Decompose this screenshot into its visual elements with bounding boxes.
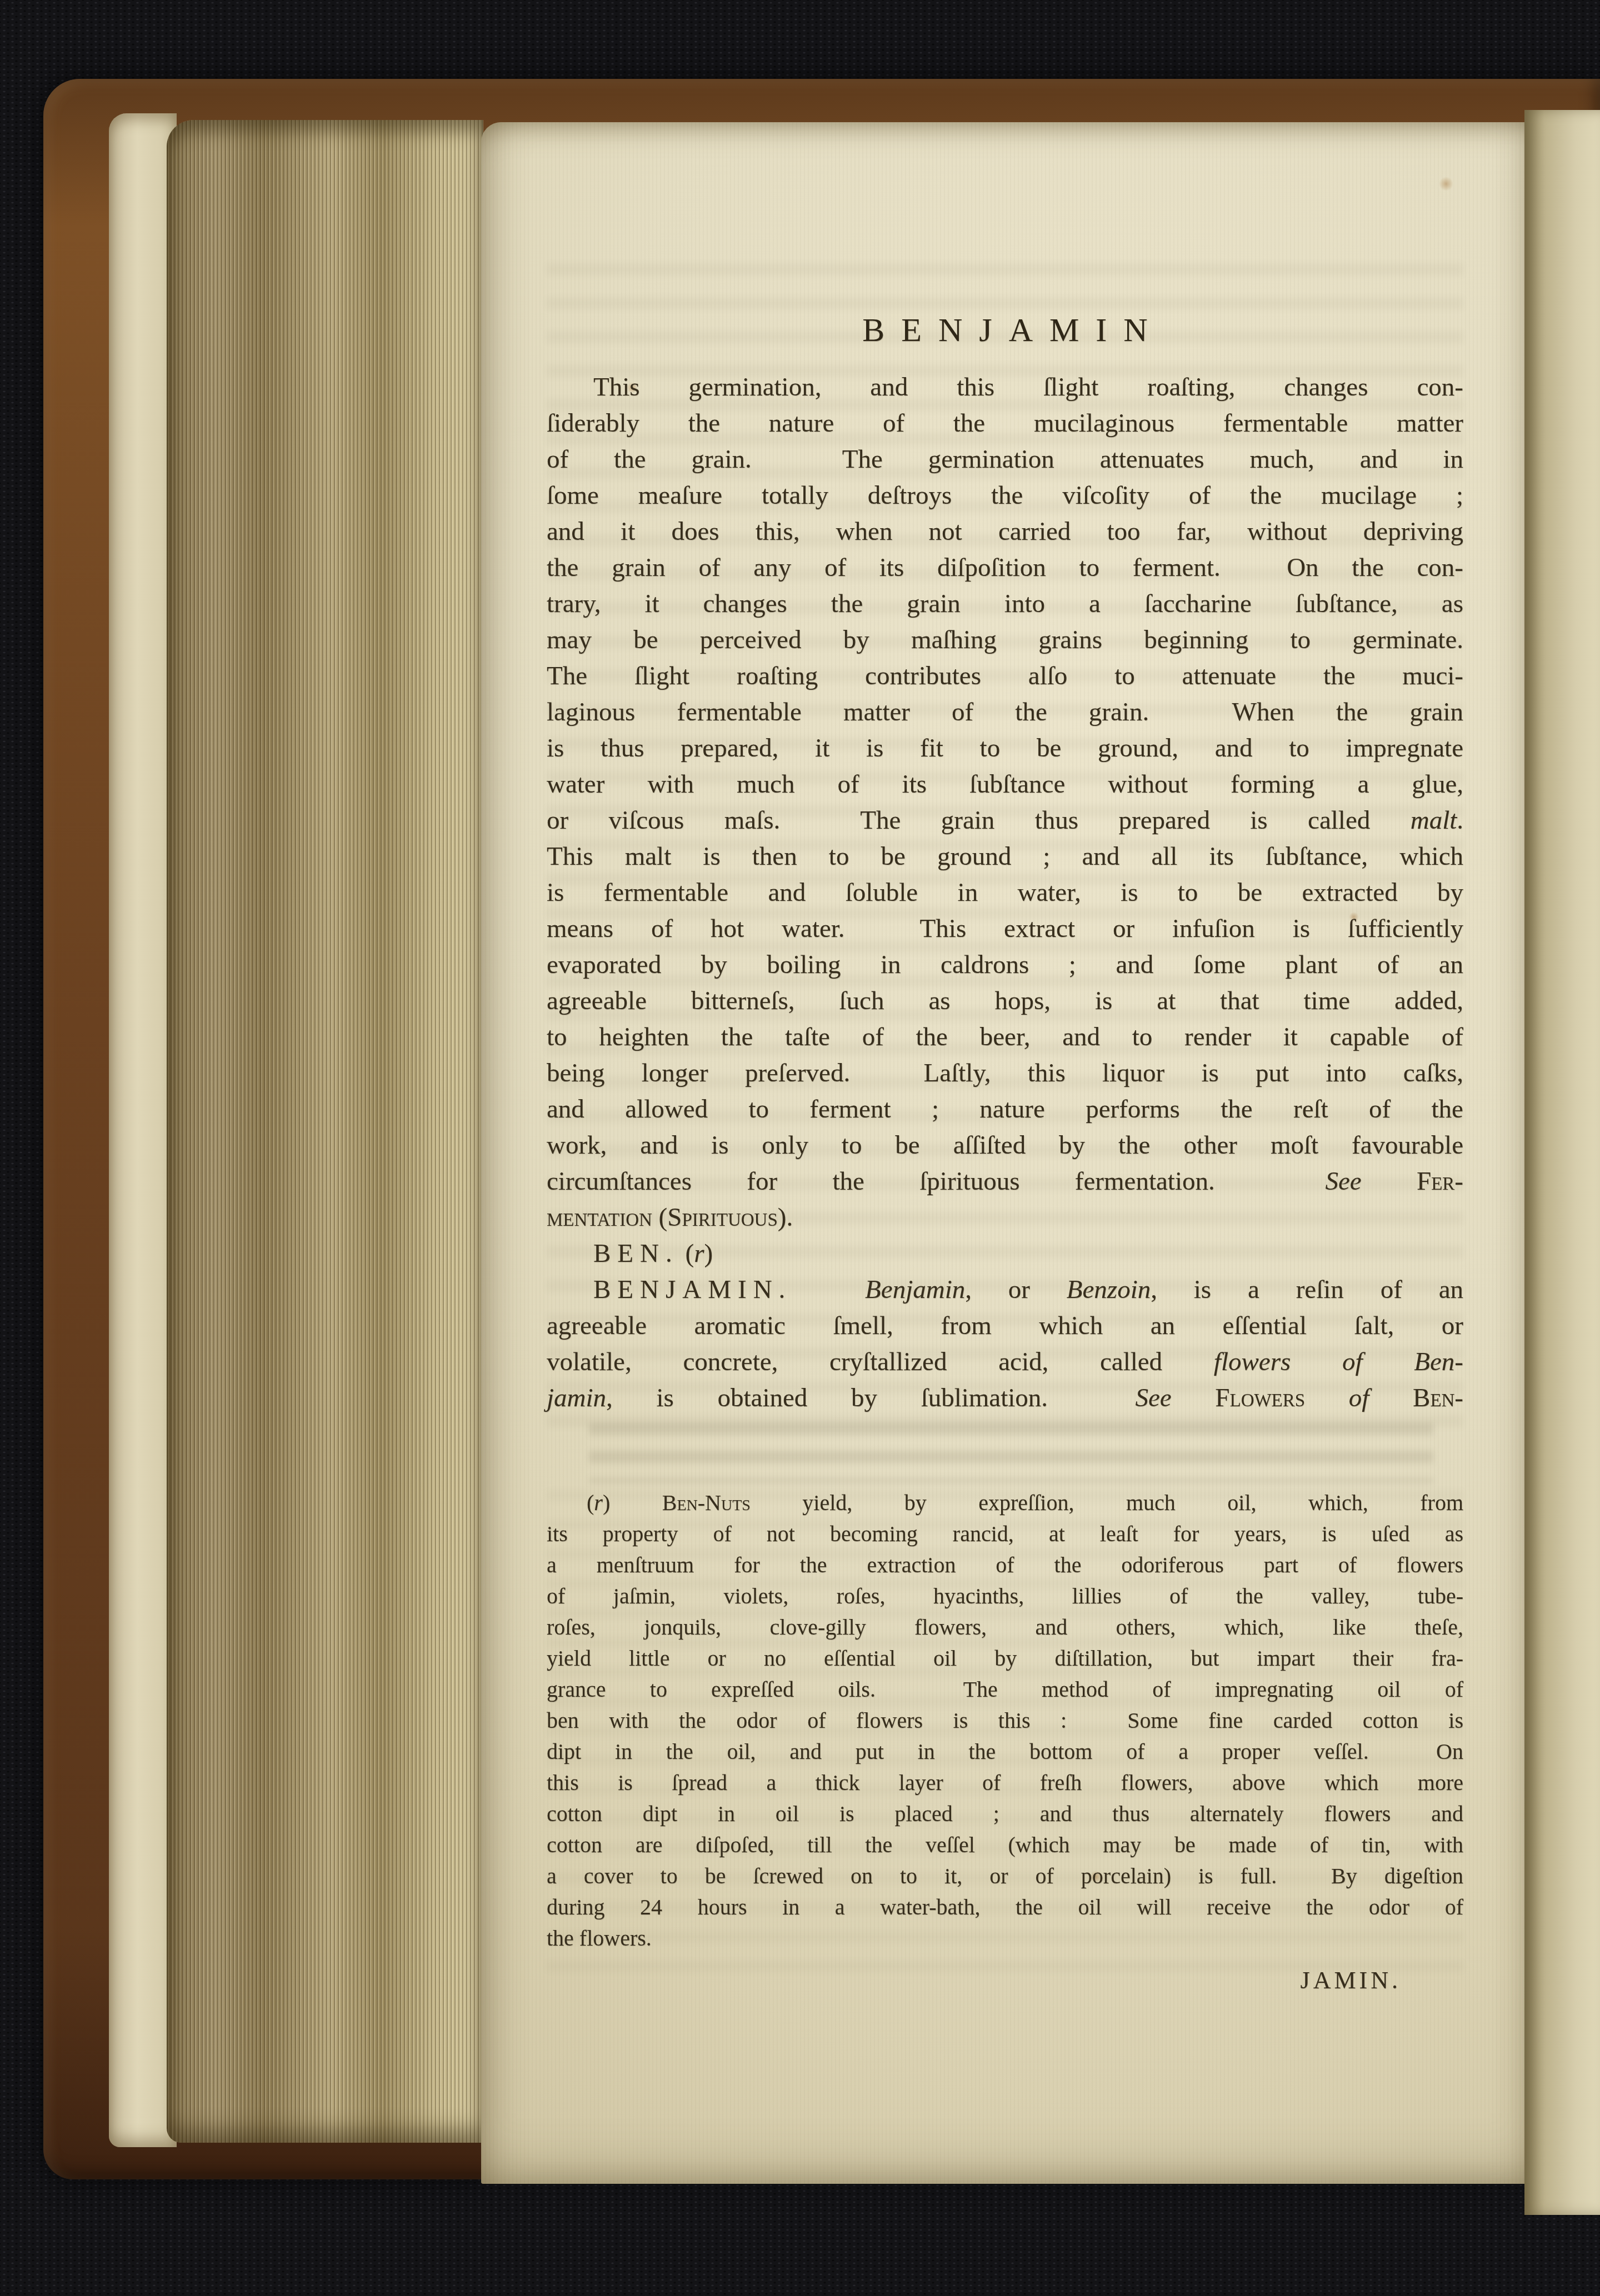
page-block-fore-edge (167, 120, 483, 2143)
text-line: work, and is only to be aſſiſted by the … (547, 1127, 1463, 1164)
text-line: agreeable aromatic ſmell, from which an … (547, 1308, 1463, 1344)
text-line: may be perceived by maſhing grains begin… (547, 622, 1463, 658)
text-line: is thus prepared, it is fit to be ground… (547, 730, 1463, 766)
text-line: circumſtances for the ſpirituous ferment… (547, 1164, 1463, 1200)
ben-entry: BEN. (r) (547, 1236, 1463, 1272)
text-line: or viſcous maſs. The grain thus prepared… (547, 803, 1463, 839)
text-line: evaporated by boiling in caldrons ; and … (547, 947, 1463, 983)
text-line: ben with the odor of flowers is this : S… (547, 1705, 1463, 1736)
facing-page-sliver (1524, 110, 1600, 2215)
text-line: a cover to be ſcrewed on to it, or of po… (547, 1861, 1463, 1892)
main-text: This germination, and this ſlight roaſti… (547, 369, 1463, 1416)
page-content: BENJAMIN This germination, and this ſlig… (547, 311, 1463, 1994)
footnote: (r) Ben-Nuts yield, by expreſſion, much … (547, 1487, 1463, 1954)
text-line: a menſtruum for the extraction of the od… (547, 1550, 1463, 1581)
text-line: mentation (Spirituous). (547, 1200, 1463, 1236)
text-line: ſiderably the nature of the mucilaginous… (547, 405, 1463, 442)
text-line: to heighten the taſte of the beer, and t… (547, 1019, 1463, 1055)
text-line: The ſlight roaſting contributes alſo to … (547, 658, 1463, 694)
text-line: This germination, and this ſlight roaſti… (547, 369, 1463, 405)
text-line: its property of not becoming rancid, at … (547, 1518, 1463, 1550)
text-line: cotton are diſpoſed, till the veſſel (wh… (547, 1829, 1463, 1861)
text-line: this is ſpread a thick layer of freſh fl… (547, 1767, 1463, 1798)
text-line: agreeable bitterneſs, ſuch as hops, is a… (547, 983, 1463, 1019)
text-line: the grain of any of its diſpoſition to f… (547, 550, 1463, 586)
text-line: grance to expreſſed oils. The method of … (547, 1674, 1463, 1705)
text-line: water with much of its ſubſtance without… (547, 766, 1463, 803)
text-line: and it does this, when not carried too f… (547, 514, 1463, 550)
text-line: BENJAMIN. Benjamin, or Benzoin, is a reſ… (547, 1272, 1463, 1308)
ben-nuts-footnote: (r) Ben-Nuts yield, by expreſſion, much … (547, 1487, 1463, 1954)
text-line: laginous fermentable matter of the grain… (547, 694, 1463, 730)
text-line: means of hot water. This extract or infu… (547, 911, 1463, 947)
text-line: of the grain. The germination attenuates… (547, 442, 1463, 478)
text-line: during 24 hours in a water-bath, the oil… (547, 1892, 1463, 1923)
text-line: BEN. (r) (547, 1236, 1463, 1272)
scanned-book-photo: { "page": { "header": "BENJAMIN", "parag… (0, 0, 1600, 2296)
text-line: being longer preſerved. Laſtly, this liq… (547, 1055, 1463, 1091)
catchword: JAMIN. (547, 1966, 1463, 1994)
text-line: (r) Ben-Nuts yield, by expreſſion, much … (547, 1487, 1463, 1518)
text-line: the flowers. (547, 1923, 1463, 1954)
text-line: is fermentable and ſoluble in water, is … (547, 875, 1463, 911)
entry-header: BENJAMIN (547, 311, 1463, 349)
text-line: jamin, is obtained by ſublimation. See F… (547, 1380, 1463, 1416)
text-line: of jaſmin, violets, roſes, hyacinths, li… (547, 1581, 1463, 1612)
text-line: trary, it changes the grain into a ſacch… (547, 586, 1463, 622)
germination-paragraph: This germination, and this ſlight roaſti… (547, 369, 1463, 1236)
text-line: This malt is then to be ground ; and all… (547, 839, 1463, 875)
text-line: cotton dipt in oil is placed ; and thus … (547, 1798, 1463, 1829)
benjamin-entry: BENJAMIN. Benjamin, or Benzoin, is a reſ… (547, 1272, 1463, 1416)
text-line: yield little or no eſſential oil by diſt… (547, 1643, 1463, 1674)
text-line: dipt in the oil, and put in the bottom o… (547, 1736, 1463, 1767)
text-line: and allowed to ferment ; nature performs… (547, 1091, 1463, 1127)
text-line: roſes, jonquils, clove-gilly flowers, an… (547, 1612, 1463, 1643)
text-line: volatile, concrete, cryſtallized acid, c… (547, 1344, 1463, 1380)
text-line: ſome meaſure totally deſtroys the viſcoſ… (547, 478, 1463, 514)
